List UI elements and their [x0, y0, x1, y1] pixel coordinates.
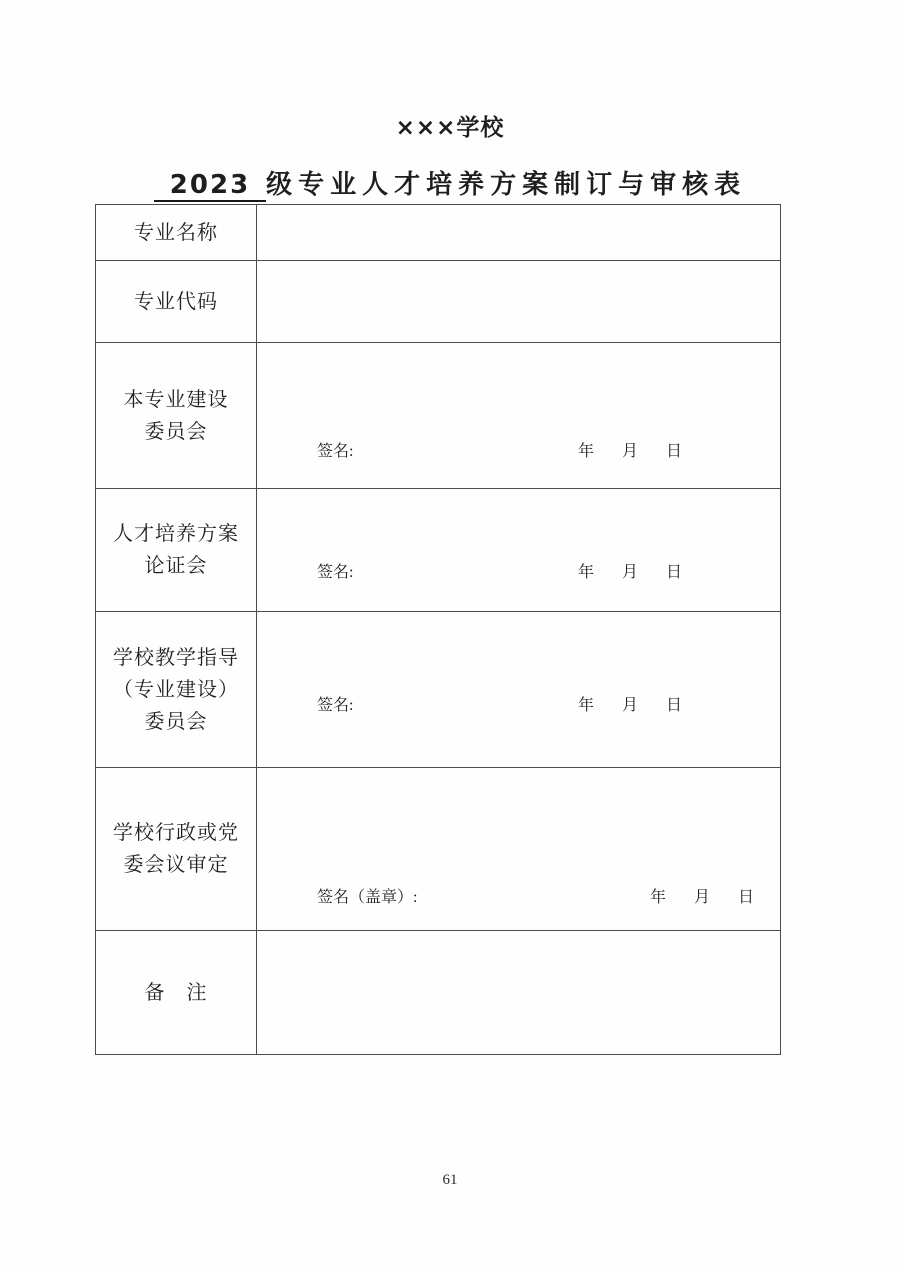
signature-label: 签名:: [317, 440, 353, 464]
admin-review-sign-field[interactable]: 签名（盖章）: 年 月 日: [257, 768, 781, 931]
form-subtitle-text: 级专业人才培养方案制订与审核表: [266, 170, 746, 200]
teaching-committee-sign-field[interactable]: 签名: 年 月 日: [257, 612, 781, 768]
document-page: ×××学校 2023级专业人才培养方案制订与审核表 专业名称 专业代码 本专业建…: [0, 0, 900, 1272]
table-row: 学校行政或党 委会议审定 签名（盖章）: 年 月 日: [96, 768, 781, 931]
row-label-admin-review: 学校行政或党 委会议审定: [96, 768, 257, 931]
table-row: 人才培养方案 论证会 签名: 年 月 日: [96, 489, 781, 612]
date-label: 年 月 日: [578, 440, 682, 464]
signature-line: 签名: 年 月 日: [257, 440, 780, 488]
table-row: 学校教学指导 （专业建设） 委员会 签名: 年 月 日: [96, 612, 781, 768]
date-label: 年 月 日: [578, 694, 682, 718]
table-row: 本专业建设 委员会 签名: 年 月 日: [96, 343, 781, 489]
date-label: 年 月 日: [578, 561, 682, 585]
row-label-review-meeting: 人才培养方案 论证会: [96, 489, 257, 612]
remarks-field[interactable]: [257, 931, 781, 1055]
table-row: 备 注: [96, 931, 781, 1055]
signature-label: 签名:: [317, 694, 353, 718]
form-subtitle: 2023级专业人才培养方案制订与审核表: [0, 166, 900, 204]
school-title: ×××学校: [0, 0, 900, 144]
construction-committee-sign-field[interactable]: 签名: 年 月 日: [257, 343, 781, 489]
row-label-major-code: 专业代码: [96, 261, 257, 343]
row-label-construction-committee: 本专业建设 委员会: [96, 343, 257, 489]
date-label: 年 月 日: [650, 886, 754, 910]
review-meeting-sign-field[interactable]: 签名: 年 月 日: [257, 489, 781, 612]
signature-line: 签名: 年 月 日: [257, 561, 780, 611]
signature-line: 签名（盖章）: 年 月 日: [257, 886, 780, 930]
row-label-remarks: 备 注: [96, 931, 257, 1055]
major-name-field[interactable]: [257, 205, 781, 261]
major-code-field[interactable]: [257, 261, 781, 343]
signature-line: 签名: 年 月 日: [257, 694, 780, 767]
page-number: 61: [0, 1172, 900, 1189]
signature-stamp-label: 签名（盖章）:: [317, 886, 417, 910]
grade-year-blank: 2023: [154, 170, 266, 202]
table-row: 专业代码: [96, 261, 781, 343]
row-label-teaching-committee: 学校教学指导 （专业建设） 委员会: [96, 612, 257, 768]
signature-label: 签名:: [317, 561, 353, 585]
review-form-table: 专业名称 专业代码 本专业建设 委员会 签名: 年 月 日 人才培养方案 论证会…: [95, 204, 781, 1055]
table-row: 专业名称: [96, 205, 781, 261]
row-label-major-name: 专业名称: [96, 205, 257, 261]
